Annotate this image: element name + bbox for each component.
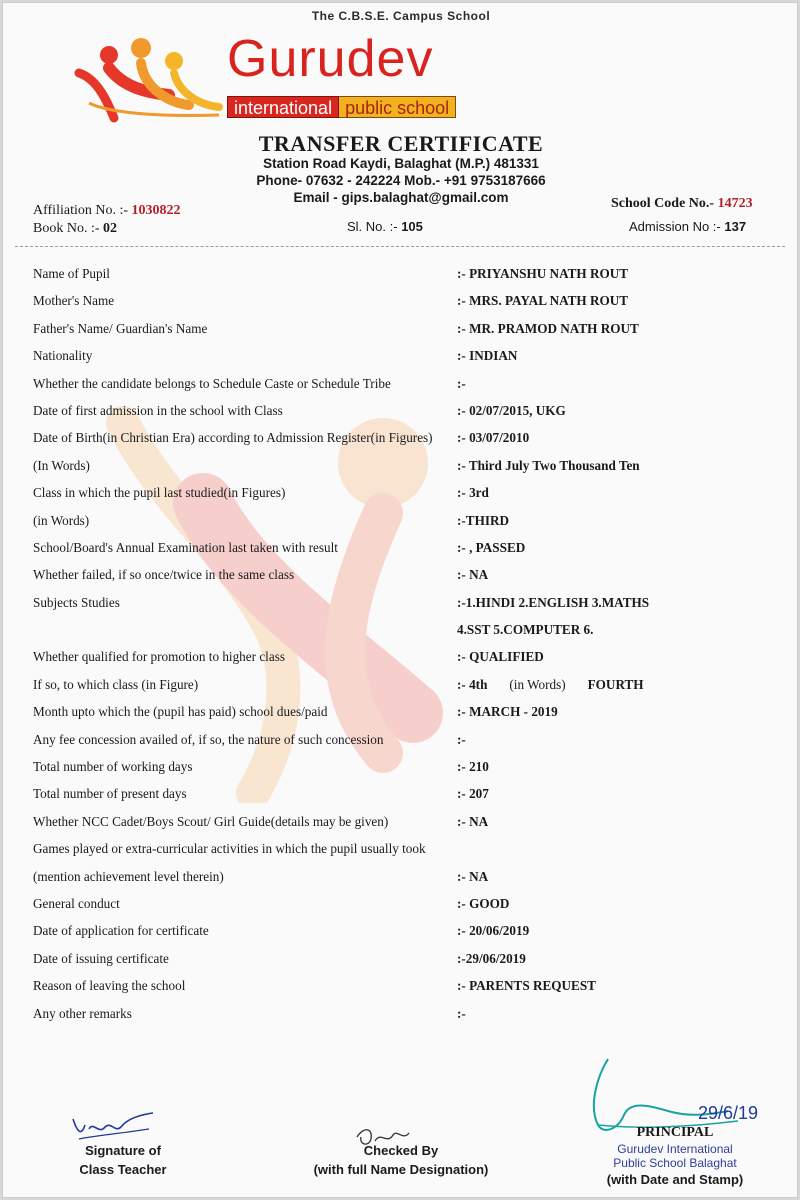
certificate-title: TRANSFER CERTIFICATE (3, 131, 799, 157)
principal-signature: PRINCIPAL Gurudev International Public S… (575, 1123, 775, 1189)
field-label: Date of issuing certificate (33, 950, 169, 968)
field-value: :-THIRD (457, 512, 509, 530)
field-row: Month upto which the (pupil has paid) sc… (33, 703, 753, 730)
transfer-certificate-page: The C.B.S.E. Campus School Gurudev inter… (2, 2, 798, 1198)
field-value: :- MARCH - 2019 (457, 703, 558, 721)
field-value: :- , PASSED (457, 539, 525, 557)
field-value: :- NA (457, 813, 488, 831)
field-row: Date of application for certificate:- 20… (33, 922, 753, 949)
field-value: :- (457, 731, 466, 749)
field-row: Class in which the pupil last studied(in… (33, 484, 753, 511)
field-row: (mention achievement level therein):- NA (33, 868, 753, 895)
field-label: Whether qualified for promotion to highe… (33, 648, 285, 666)
field-value: :-29/06/2019 (457, 950, 526, 968)
field-value: :- QUALIFIED (457, 648, 544, 666)
field-label: Mother's Name (33, 292, 114, 310)
field-row: Whether NCC Cadet/Boys Scout/ Girl Guide… (33, 813, 753, 840)
field-value: :- 207 (457, 785, 489, 803)
field-label: If so, to which class (in Figure) (33, 676, 198, 694)
campus-line: The C.B.S.E. Campus School (3, 9, 799, 23)
field-label: Month upto which the (pupil has paid) sc… (33, 703, 327, 721)
field-label: Nationality (33, 347, 92, 365)
field-value: :- 03/07/2010 (457, 429, 529, 447)
field-value: :- NA (457, 566, 488, 584)
book-number: Book No. :- 02 (33, 221, 117, 237)
field-label: (in Words) (33, 512, 89, 530)
field-value: :- INDIAN (457, 347, 517, 365)
field-row: If so, to which class (in Figure):- 4th(… (33, 676, 753, 703)
field-row: Whether the candidate belongs to Schedul… (33, 375, 753, 402)
field-row: Date of Birth(in Christian Era) accordin… (33, 429, 753, 456)
field-label: Whether failed, if so once/twice in the … (33, 566, 294, 584)
field-value: :- (457, 375, 466, 393)
field-label: Subjects Studies (33, 594, 120, 612)
field-value: :- GOOD (457, 895, 509, 913)
field-value: :- 210 (457, 758, 489, 776)
field-row: Whether failed, if so once/twice in the … (33, 566, 753, 593)
field-row: Mother's Name:- MRS. PAYAL NATH ROUT (33, 292, 753, 319)
class-teacher-signature: Signature of Class Teacher (63, 1141, 183, 1179)
school-tagline: international public school (227, 96, 456, 118)
field-value: :- PRIYANSHU NATH ROUT (457, 265, 628, 283)
field-row: School/Board's Annual Examination last t… (33, 539, 753, 566)
school-code: School Code No.- 14723 (611, 196, 753, 212)
field-value: :-1.HINDI 2.ENGLISH 3.MATHS (457, 594, 649, 612)
field-row: Total number of present days:- 207 (33, 785, 753, 812)
field-value: :- (457, 1005, 466, 1023)
field-value: 4.SST 5.COMPUTER 6. (457, 621, 593, 639)
tagline-international: international (227, 96, 339, 118)
certificate-fields: Name of Pupil:- PRIYANSHU NATH ROUTMothe… (33, 265, 753, 1032)
svg-text:29/6/19.: 29/6/19. (698, 1103, 758, 1123)
field-label: Date of first admission in the school wi… (33, 402, 283, 420)
field-value: :- 20/06/2019 (457, 922, 529, 940)
school-logo-icon (69, 33, 229, 123)
field-label: (mention achievement level therein) (33, 868, 224, 886)
field-row: Games played or extra-curricular activit… (33, 840, 753, 867)
field-value: :- Third July Two Thousand Ten (457, 457, 640, 475)
field-row: (in Words):-THIRD (33, 512, 753, 539)
field-row: Reason of leaving the school:- PARENTS R… (33, 977, 753, 1004)
field-value: :- 3rd (457, 484, 489, 502)
field-label: School/Board's Annual Examination last t… (33, 539, 338, 557)
field-label: Any fee concession availed of, if so, th… (33, 731, 383, 749)
field-value: :- 4th(in Words)FOURTH (457, 676, 644, 694)
field-label: (In Words) (33, 457, 90, 475)
field-label: Name of Pupil (33, 265, 110, 283)
field-row: Name of Pupil:- PRIYANSHU NATH ROUT (33, 265, 753, 292)
field-label: Whether NCC Cadet/Boys Scout/ Girl Guide… (33, 813, 388, 831)
field-value: :- 02/07/2015, UKG (457, 402, 566, 420)
field-label: General conduct (33, 895, 120, 913)
school-phone: Phone- 07632 - 242224 Mob.- +91 97531876… (3, 173, 799, 188)
field-label: Any other remarks (33, 1005, 132, 1023)
admission-number: Admission No :- 137 (629, 219, 746, 234)
field-row: General conduct:- GOOD (33, 895, 753, 922)
field-row: Father's Name/ Guardian's Name:- MR. PRA… (33, 320, 753, 347)
field-value: :- MR. PRAMOD NATH ROUT (457, 320, 639, 338)
affiliation-number: Affiliation No. :- 1030822 (33, 203, 181, 219)
field-row: 4.SST 5.COMPUTER 6. (33, 621, 753, 648)
field-row: Subjects Studies:-1.HINDI 2.ENGLISH 3.MA… (33, 594, 753, 621)
checked-by-signature: Checked By (with full Name Designation) (301, 1141, 501, 1179)
tagline-public-school: public school (339, 96, 456, 118)
field-value: :- PARENTS REQUEST (457, 977, 596, 995)
field-row: Whether qualified for promotion to highe… (33, 648, 753, 675)
field-value: :- MRS. PAYAL NATH ROUT (457, 292, 628, 310)
field-label: Games played or extra-curricular activit… (33, 840, 426, 858)
field-row: Date of first admission in the school wi… (33, 402, 753, 429)
field-label: Reason of leaving the school (33, 977, 185, 995)
school-brand-name: Gurudev (227, 33, 433, 85)
field-row: Any fee concession availed of, if so, th… (33, 731, 753, 758)
field-label: Total number of present days (33, 785, 187, 803)
field-label: Father's Name/ Guardian's Name (33, 320, 207, 338)
field-label: Whether the candidate belongs to Schedul… (33, 375, 391, 393)
serial-number: Sl. No. :- 105 (347, 219, 423, 234)
header-divider (15, 246, 785, 247)
field-label: Class in which the pupil last studied(in… (33, 484, 285, 502)
field-label: Date of application for certificate (33, 922, 209, 940)
teacher-signature-icon (69, 1111, 159, 1145)
field-row: Date of issuing certificate:-29/06/2019 (33, 950, 753, 977)
field-row: Total number of working days:- 210 (33, 758, 753, 785)
field-row: (In Words):- Third July Two Thousand Ten (33, 457, 753, 484)
school-address: Station Road Kaydi, Balaghat (M.P.) 4813… (3, 156, 799, 171)
field-row: Any other remarks:- (33, 1005, 753, 1032)
field-label: Total number of working days (33, 758, 193, 776)
field-row: Nationality:- INDIAN (33, 347, 753, 374)
field-label: Date of Birth(in Christian Era) accordin… (33, 429, 433, 447)
field-value: :- NA (457, 868, 488, 886)
